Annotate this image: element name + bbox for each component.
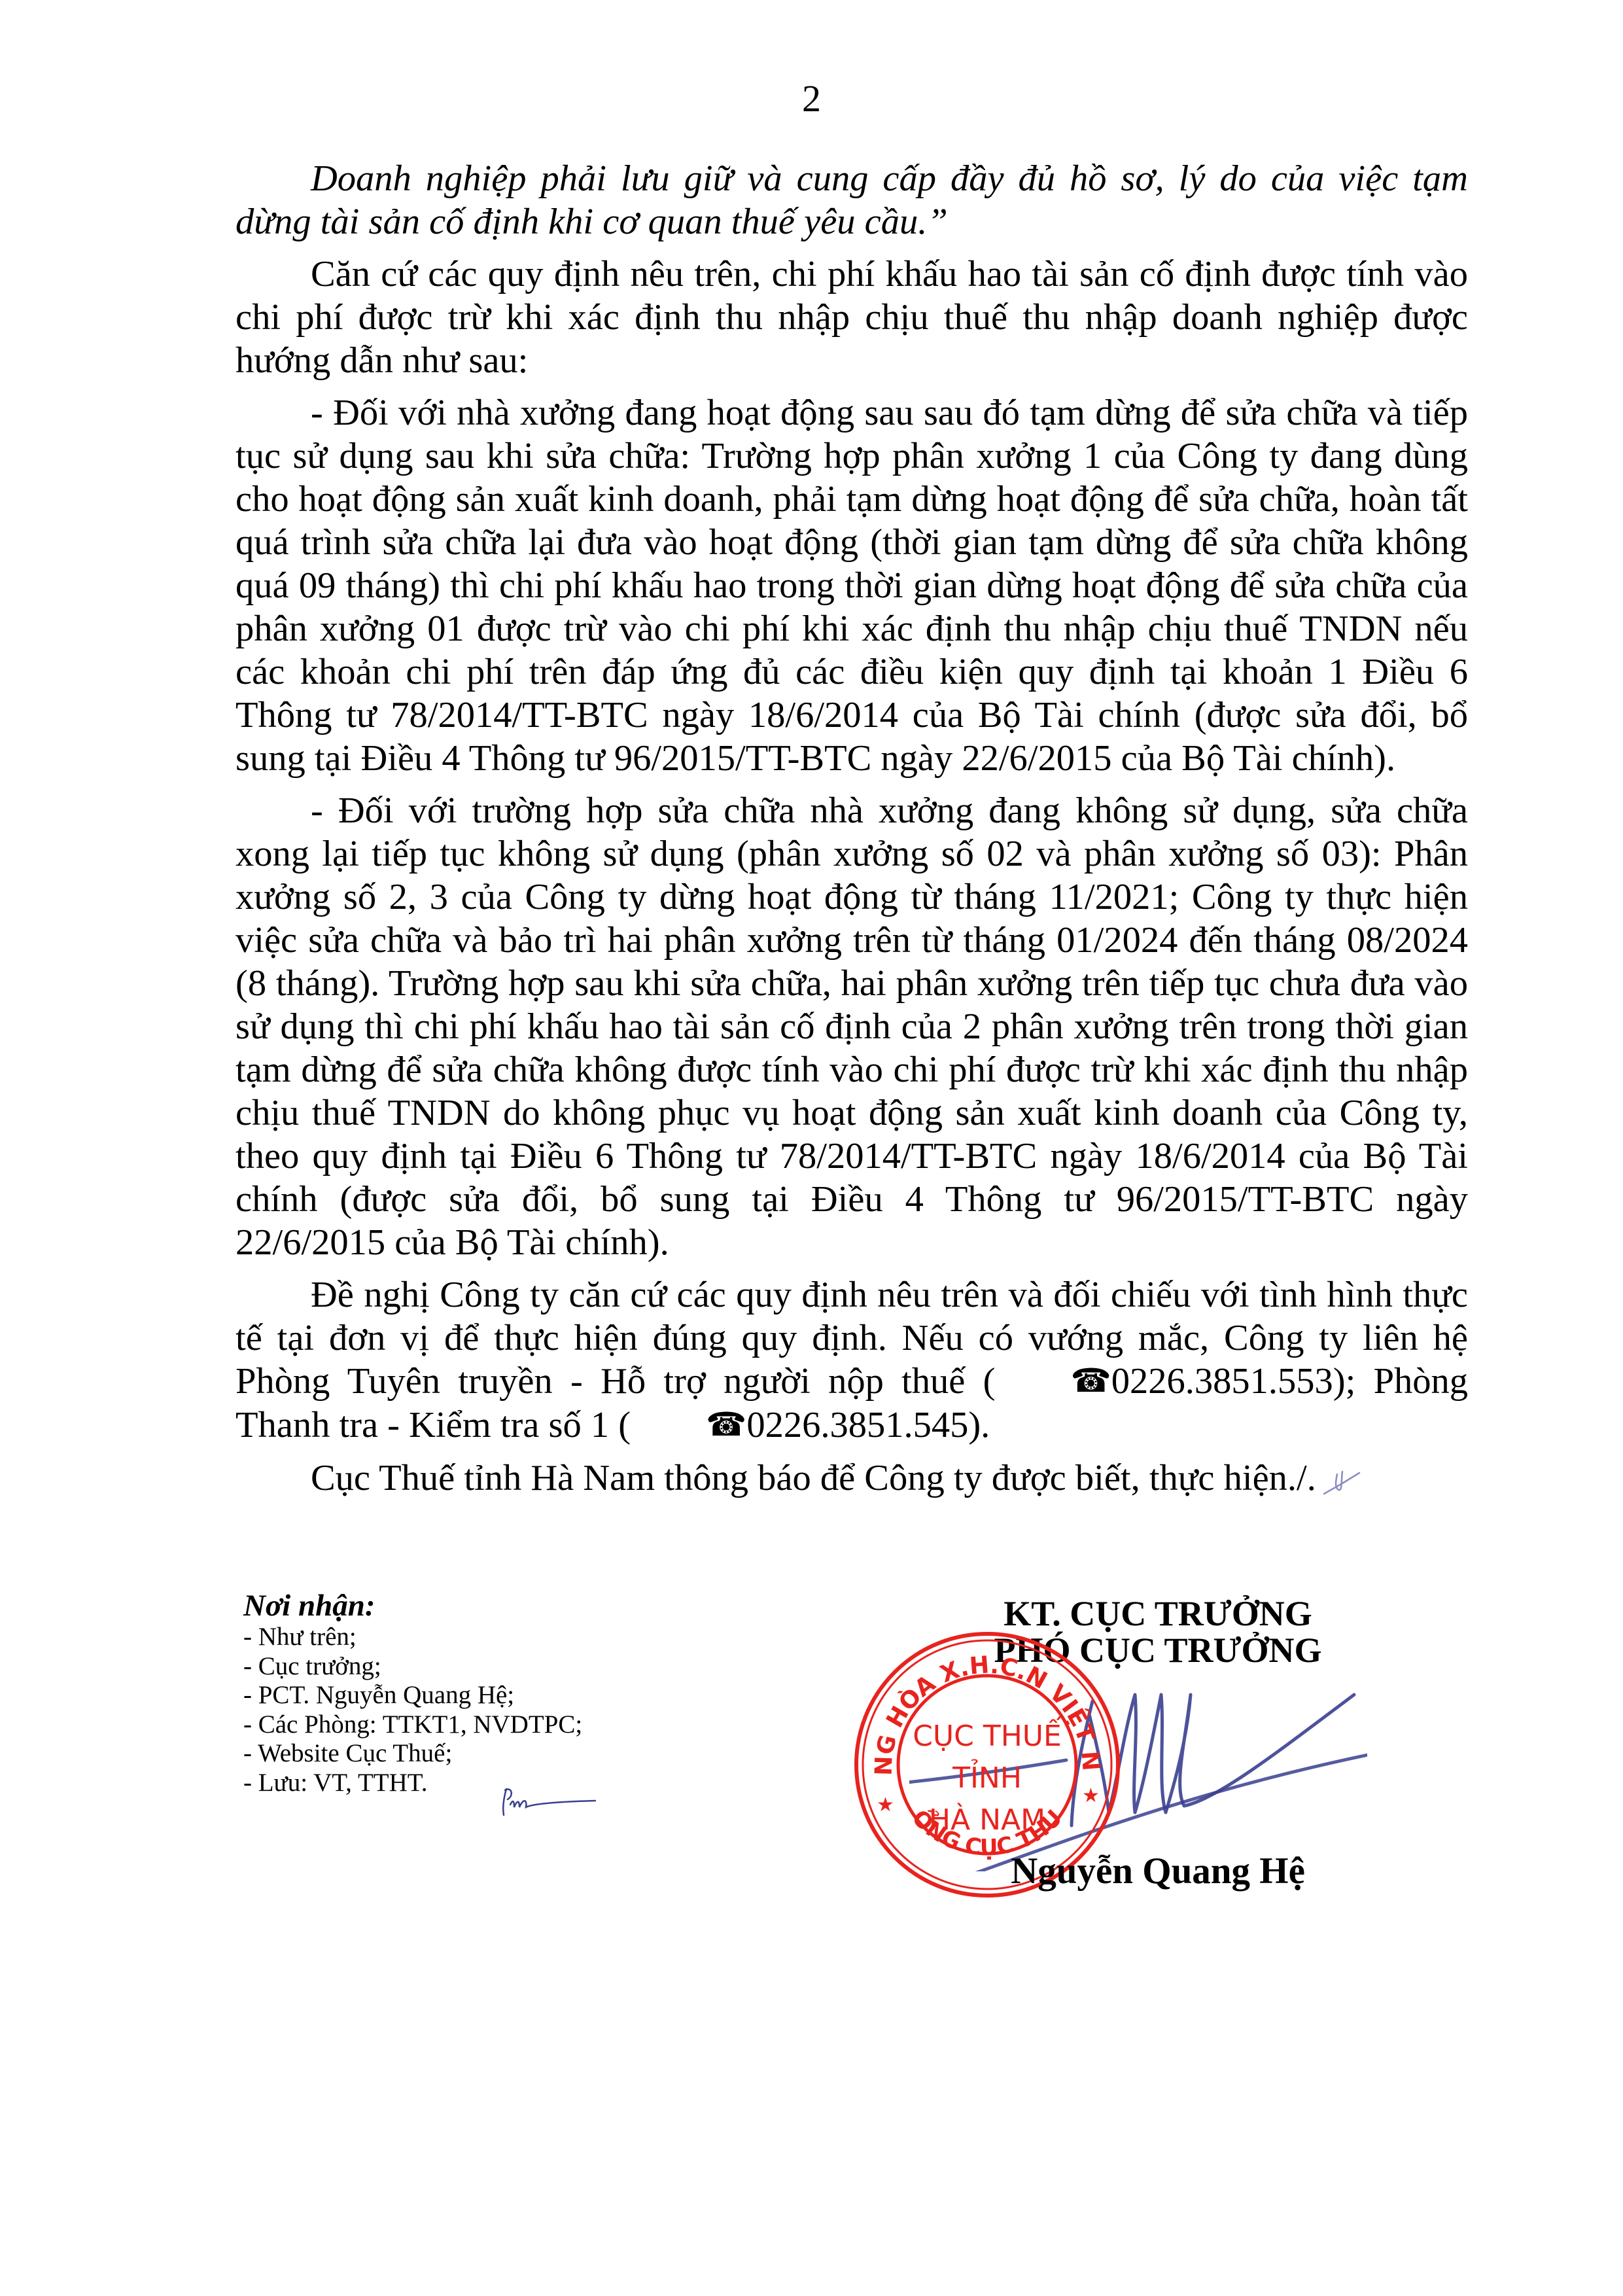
closing-paragraph: Cục Thuế tỉnh Hà Nam thông báo để Công t… [236, 1457, 1468, 1500]
page-number: 2 [0, 77, 1623, 120]
phone-number-inspection: 0226.3851.545 [746, 1405, 968, 1445]
workshop-not-in-use-paragraph: - Đối với trường hợp sửa chữa nhà xưởng … [236, 789, 1468, 1264]
guidance-intro-paragraph: Căn cứ các quy định nêu trên, chi phí kh… [236, 253, 1468, 382]
svg-text:TỈNH: TỈNH [952, 1759, 1022, 1795]
closing-text: Cục Thuế tỉnh Hà Nam thông báo để Công t… [311, 1458, 1316, 1498]
svg-text:★: ★ [877, 1793, 894, 1816]
recipient-item: - Website Cục Thuế; [243, 1739, 741, 1769]
recipients-list: - Như trên; - Cục trưởng; - PCT. Nguyễn … [243, 1623, 741, 1797]
signer-authority: KT. CỤC TRƯỞNG [929, 1595, 1387, 1632]
recipient-item: - Lưu: VT, TTHT. [243, 1769, 741, 1798]
svg-text:CỘNG HÒA X.H.C.N VIỆT NAM: CỘNG HÒA X.H.C.N VIỆT NAM [852, 1629, 1104, 1776]
phone-icon: ☎ [631, 1403, 746, 1446]
recipients-block: Nơi nhận: - Như trên; - Cục trưởng; - PC… [243, 1589, 741, 1797]
phone-icon: ☎ [996, 1359, 1111, 1402]
document-body: Doanh nghiệp phải lưu giữ và cung cấp đầ… [236, 157, 1468, 1509]
recipient-item: - Cục trưởng; [243, 1652, 741, 1682]
clerk-initial-signature-icon [497, 1785, 602, 1818]
recipient-item: - Các Phòng: TTKT1, NVDTPC; [243, 1710, 741, 1740]
svg-text:HÀ NAM: HÀ NAM [929, 1802, 1045, 1837]
quoted-regulation-paragraph: Doanh nghiệp phải lưu giữ và cung cấp đầ… [236, 157, 1468, 243]
workshop-in-use-paragraph: - Đối với nhà xưởng đang hoạt động sau s… [236, 391, 1468, 780]
phone-number-support: 0226.3851.553 [1111, 1361, 1333, 1402]
svg-text:★: ★ [1082, 1784, 1100, 1807]
svg-text:CỤC THUẾ: CỤC THUẾ [913, 1716, 1062, 1753]
initial-mark-icon [1323, 1469, 1362, 1495]
recipient-item: - Như trên; [243, 1623, 741, 1652]
contact-text-3: ). [968, 1405, 990, 1445]
contact-paragraph: Đề nghị Công ty căn cứ các quy định nêu … [236, 1273, 1468, 1447]
signer-name: Nguyễn Quang Hệ [929, 1852, 1387, 1891]
recipients-heading: Nơi nhận: [243, 1589, 741, 1623]
recipient-item: - PCT. Nguyễn Quang Hệ; [243, 1681, 741, 1710]
